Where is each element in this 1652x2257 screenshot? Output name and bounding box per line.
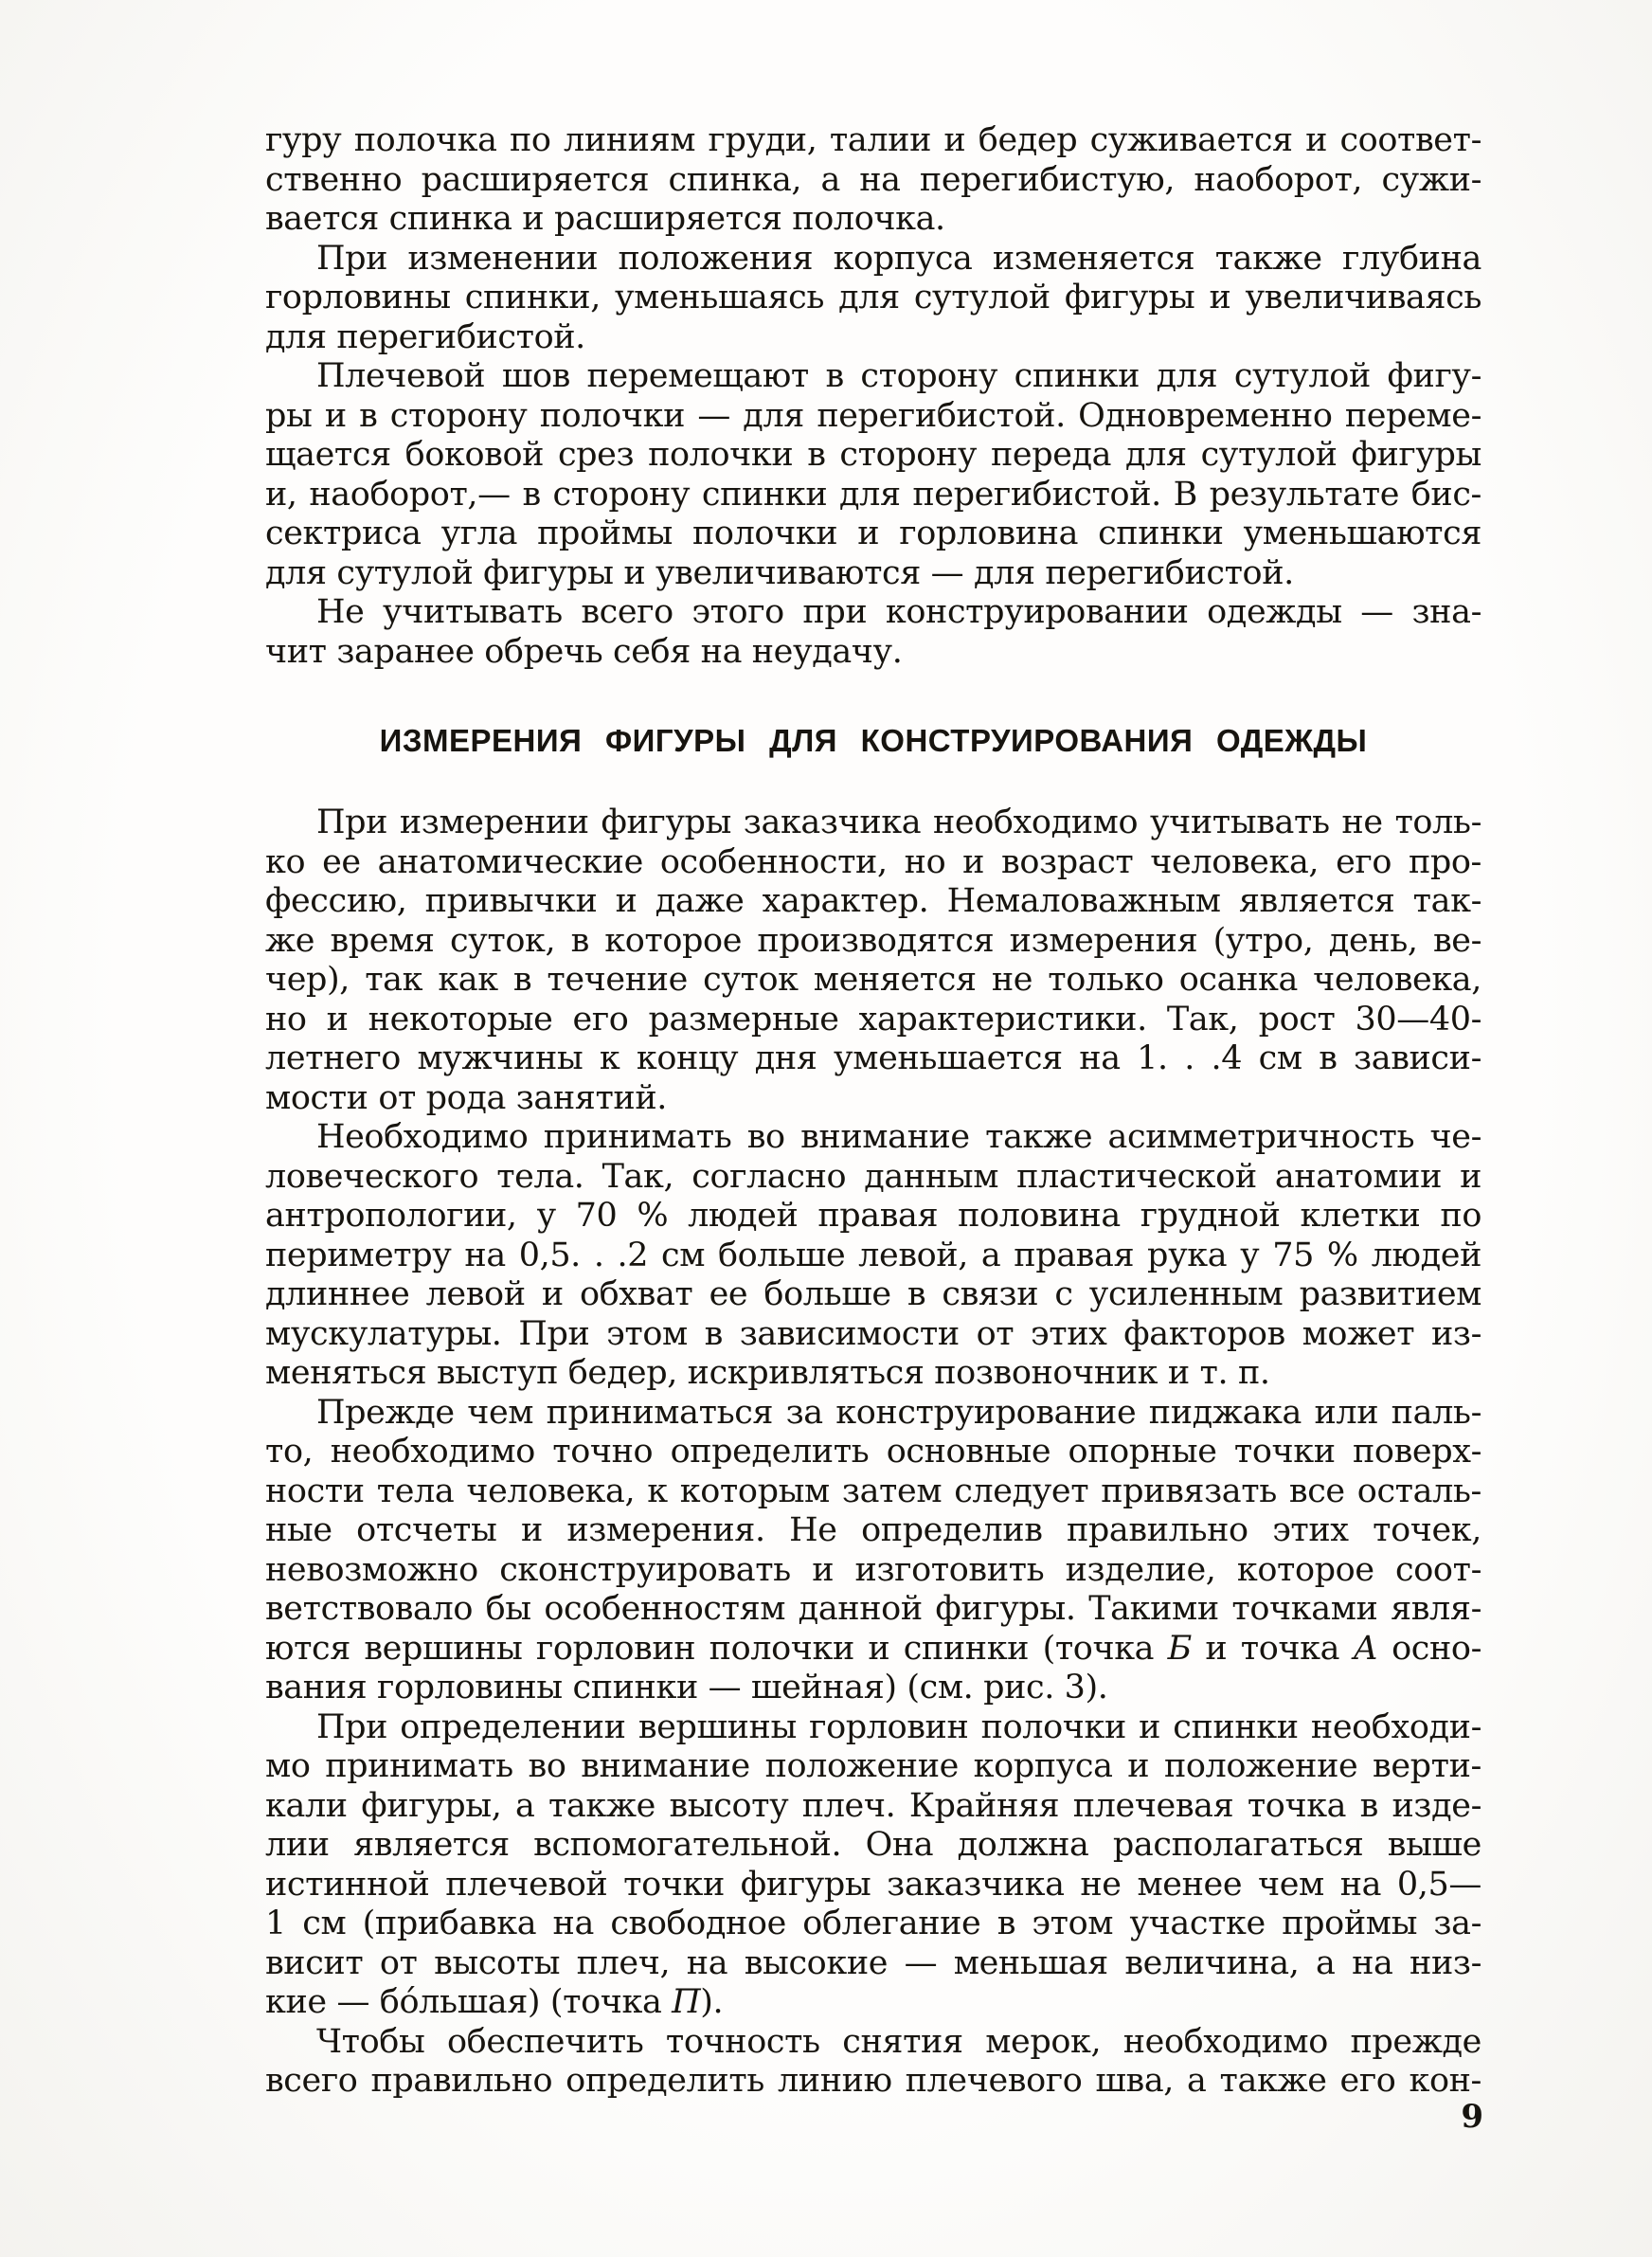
text-line: лии является вспомогательной. Она должна… bbox=[265, 1826, 1481, 1866]
text-line: антропологии, у 70 % людей правая полови… bbox=[265, 1197, 1481, 1237]
text-line: 1 см (прибавка на свободное облегание в … bbox=[265, 1905, 1481, 1944]
text-line: ются вершины горловин полочки и спинки (… bbox=[265, 1630, 1481, 1670]
text-line: ные отсчеты и измерения. Не определив пр… bbox=[265, 1511, 1481, 1551]
text-line: Плечевой шов перемещают в сторону спинки… bbox=[265, 357, 1481, 397]
page-number: 9 bbox=[1461, 2098, 1483, 2136]
text-line: длиннее левой и обхват ее больше в связи… bbox=[265, 1275, 1481, 1315]
text-line: гуру полочка по линиям груди, талии и бе… bbox=[265, 121, 1481, 161]
text-line: кали фигуры, а также высоту плеч. Крайня… bbox=[265, 1787, 1481, 1827]
text-line: При определении вершины горловин полочки… bbox=[265, 1708, 1481, 1748]
scanned-page: гуру полочка по линиям груди, талии и бе… bbox=[0, 0, 1652, 2257]
text-line: фессию, привычки и даже характер. Немало… bbox=[265, 882, 1481, 922]
text-line: всего правильно определить линию плечево… bbox=[265, 2062, 1481, 2102]
text-line: меняться выступ бедер, искривляться позв… bbox=[265, 1354, 1481, 1394]
text-line: чит заранее обречь себя на неудачу. bbox=[265, 633, 1481, 673]
text-line: сектриса угла проймы полочки и горловина… bbox=[265, 515, 1481, 554]
text-line: мускулатуры. При этом в зависимости от э… bbox=[265, 1315, 1481, 1355]
text-line: ко ее анатомические особенности, но и во… bbox=[265, 843, 1481, 883]
text-line: мости от рода занятий. bbox=[265, 1079, 1481, 1119]
text-line: Прежде чем приниматься за конструировани… bbox=[265, 1394, 1481, 1434]
text-line: ности тела человека, к которым затем сле… bbox=[265, 1472, 1481, 1512]
text-line: истинной плечевой точки фигуры заказчика… bbox=[265, 1866, 1481, 1905]
text-line: кие — бо́льшая) (точка П). bbox=[265, 1983, 1481, 2023]
text-line: Необходимо принимать во внимание также а… bbox=[265, 1118, 1481, 1158]
text-line: При измерении фигуры заказчика необходим… bbox=[265, 803, 1481, 843]
text-line: ветствовало бы особенностям данной фигур… bbox=[265, 1590, 1481, 1630]
text-line: но и некоторые его размерные характерист… bbox=[265, 1001, 1481, 1040]
text-line: невозможно сконструировать и изготовить … bbox=[265, 1551, 1481, 1591]
text-line: периметру на 0,5. . .2 см больше левой, … bbox=[265, 1237, 1481, 1276]
text-line: При изменении положения корпуса изменяет… bbox=[265, 240, 1481, 280]
text-line: же время суток, в которое производятся и… bbox=[265, 922, 1481, 962]
text-line: ственно расширяется спинка, а на перегиб… bbox=[265, 161, 1481, 201]
text-line: то, необходимо точно определить основные… bbox=[265, 1433, 1481, 1472]
text-line: ловеческого тела. Так, согласно данным п… bbox=[265, 1158, 1481, 1198]
section-heading: ИЗМЕРЕНИЯ ФИГУРЫ ДЛЯ КОНСТРУИРОВАНИЯ ОДЕ… bbox=[265, 721, 1481, 760]
text-line: вания горловины спинки — шейная) (см. ри… bbox=[265, 1669, 1481, 1708]
text-line: для перегибистой. bbox=[265, 318, 1481, 358]
text-line: и, наоборот,— в сторону спинки для перег… bbox=[265, 476, 1481, 515]
text-line: чер), так как в течение суток меняется н… bbox=[265, 961, 1481, 1001]
text-line: щается боковой срез полочки в сторону пе… bbox=[265, 436, 1481, 476]
text-column: гуру полочка по линиям груди, талии и бе… bbox=[265, 121, 1481, 2102]
text-line: мо принимать во внимание положение корпу… bbox=[265, 1747, 1481, 1787]
text-line: Чтобы обеспечить точность снятия мерок, … bbox=[265, 2023, 1481, 2063]
text-line: летнего мужчины к концу дня уменьшается … bbox=[265, 1039, 1481, 1079]
text-line: ры и в сторону полочки — для перегибисто… bbox=[265, 397, 1481, 437]
text-line: висит от высоты плеч, на высокие — меньш… bbox=[265, 1944, 1481, 1984]
text-line: горловины спинки, уменьшаясь для сутулой… bbox=[265, 279, 1481, 318]
text-line: для сутулой фигуры и увеличиваются — для… bbox=[265, 554, 1481, 594]
text-line: вается спинка и расширяется полочка. bbox=[265, 200, 1481, 240]
text-line: Не учитывать всего этого при конструиров… bbox=[265, 593, 1481, 633]
